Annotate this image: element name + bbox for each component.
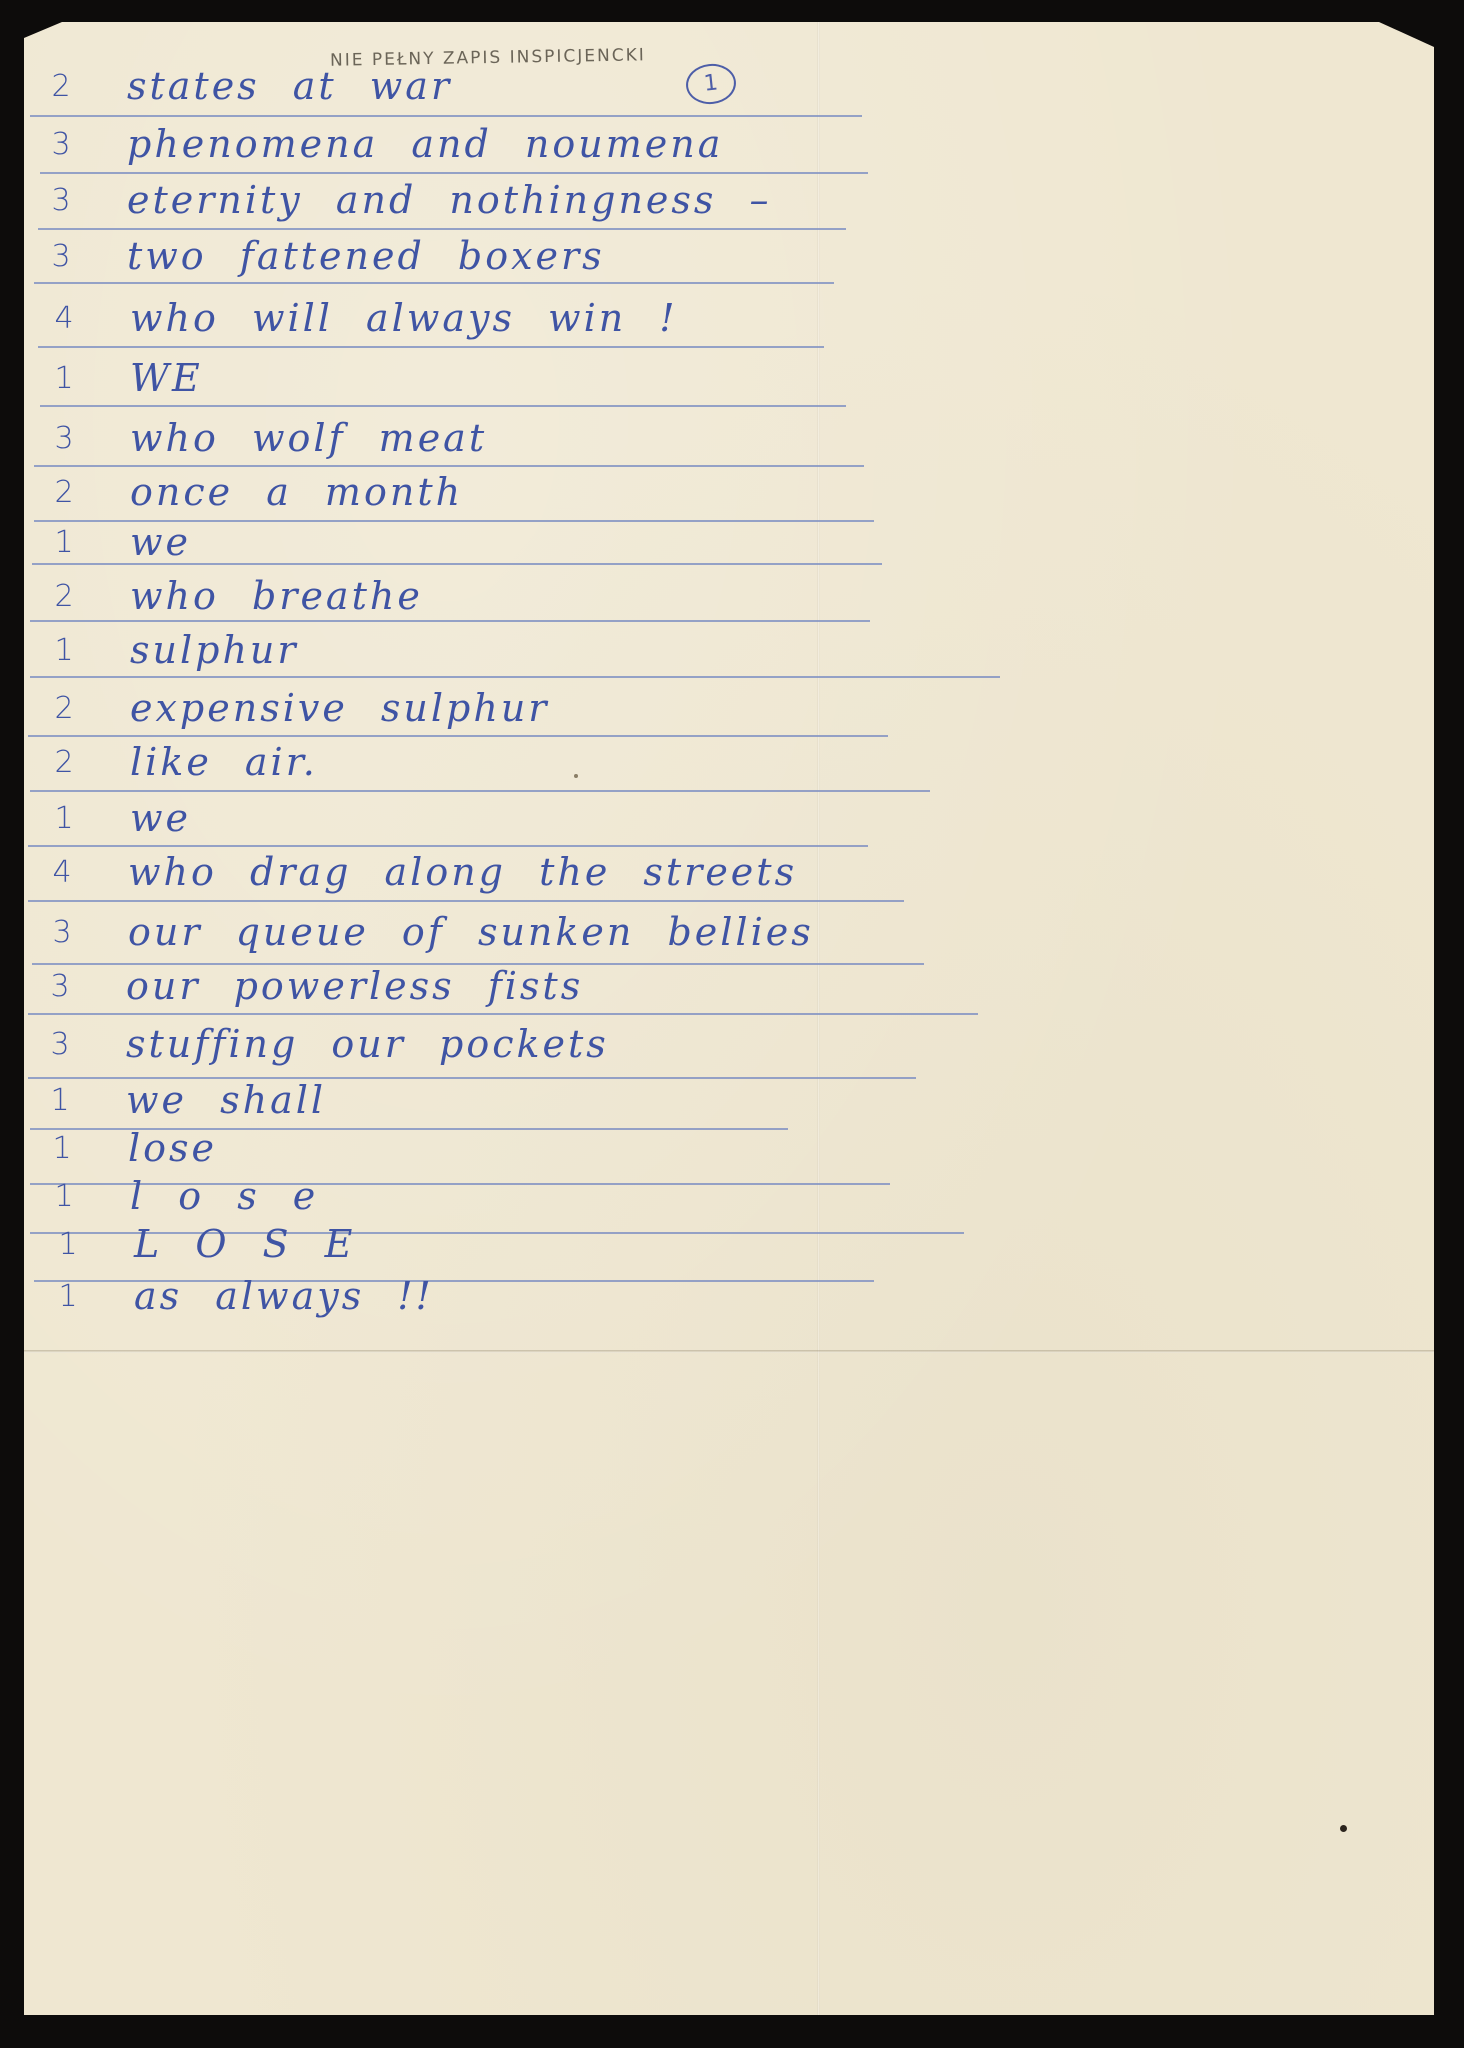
script-line: 3 stuffing our pockets [24, 1020, 609, 1068]
script-line: 1 lose [24, 1124, 217, 1172]
script-line: 1 we [24, 794, 191, 842]
ruled-line [34, 465, 864, 467]
line-text: stuffing our pockets [126, 1022, 609, 1066]
circled-page-number: 1 [684, 61, 738, 106]
line-count: 1 [52, 1279, 84, 1314]
ruled-line [40, 405, 846, 407]
line-count: 3 [45, 127, 77, 162]
line-text: lose [128, 1126, 217, 1170]
line-text: once a month [130, 470, 463, 514]
line-text: eternity and nothingness – [127, 178, 771, 222]
script-line: 1 L O S E [24, 1220, 355, 1268]
ruled-line [30, 790, 930, 792]
ruled-line [30, 620, 870, 622]
line-count: 1 [48, 361, 80, 396]
line-text: our powerless fists [126, 964, 583, 1008]
line-text: L O S E [134, 1222, 355, 1266]
ink-spot [1340, 1825, 1347, 1832]
ruled-line [28, 735, 888, 737]
line-text: our queue of sunken bellies [128, 910, 814, 954]
script-line: 3 our queue of sunken bellies [24, 908, 814, 956]
line-text: as always !! [134, 1274, 434, 1318]
line-text: who will always win ! [130, 296, 678, 340]
ruled-line [30, 676, 1000, 678]
line-text: states at war [127, 64, 452, 108]
line-text: sulphur [130, 628, 299, 672]
ruled-line [38, 228, 846, 230]
line-text: who drag along the streets [128, 850, 797, 894]
script-line: 1 we shall [24, 1076, 326, 1124]
line-text: like air. [130, 740, 318, 784]
line-count: 2 [45, 69, 77, 104]
line-count: 3 [45, 239, 77, 274]
ruled-line [40, 172, 868, 174]
horizontal-fold-crease [24, 1350, 1434, 1353]
line-text: phenomena and noumena [127, 122, 723, 166]
line-text: WE [130, 356, 203, 400]
line-count: 4 [48, 301, 80, 336]
script-line: 3 who wolf meat [24, 414, 487, 462]
script-line: 3 phenomena and noumena [24, 120, 723, 168]
line-count: 4 [46, 855, 78, 890]
line-count: 2 [48, 579, 80, 614]
ruled-line [28, 1013, 978, 1015]
line-count: 3 [46, 915, 78, 950]
paper-sheet: NIE PEŁNY ZAPIS INSPICJENCKI 1 2 states … [24, 22, 1434, 2015]
line-count: 3 [45, 183, 77, 218]
line-count: 3 [44, 1027, 76, 1062]
script-line: 4 who will always win ! [24, 294, 678, 342]
ruled-line [34, 282, 834, 284]
script-line: 2 expensive sulphur [24, 684, 549, 732]
script-line: 1 sulphur [24, 626, 299, 674]
ruled-line [28, 900, 904, 902]
line-text: we [130, 520, 191, 564]
script-line: 2 once a month [24, 468, 463, 516]
script-line: 3 eternity and nothingness – [24, 176, 771, 224]
line-count: 1 [48, 801, 80, 836]
line-text: l o s e [130, 1174, 318, 1218]
script-line: 2 like air. [24, 738, 318, 786]
line-count: 1 [48, 1179, 80, 1214]
line-text: expensive sulphur [130, 686, 549, 730]
line-count: 3 [48, 421, 80, 456]
line-text: we [130, 796, 191, 840]
vertical-fold-crease [817, 22, 820, 2015]
script-line: 1 WE [24, 354, 203, 402]
script-line: 1 as always !! [24, 1272, 434, 1320]
ruled-line [30, 115, 862, 117]
line-count: 3 [44, 969, 76, 1004]
line-count: 1 [52, 1227, 84, 1262]
script-line: 2 states at war [24, 62, 452, 110]
ruled-line [38, 346, 824, 348]
line-text: we shall [126, 1078, 326, 1122]
line-count: 1 [46, 1131, 78, 1166]
line-text: who breathe [130, 574, 423, 618]
line-count: 2 [48, 745, 80, 780]
line-text: two fattened boxers [127, 234, 605, 278]
line-count: 1 [48, 525, 80, 560]
script-line: 1 we [24, 518, 191, 566]
script-line: 1 l o s e [24, 1172, 318, 1220]
line-count: 1 [44, 1083, 76, 1118]
line-count: 2 [48, 691, 80, 726]
line-count: 2 [48, 475, 80, 510]
script-line: 2 who breathe [24, 572, 423, 620]
ruled-line [28, 845, 868, 847]
script-line: 3 our powerless fists [24, 962, 583, 1010]
line-text: who wolf meat [130, 416, 487, 460]
script-line: 4 who drag along the streets [24, 848, 797, 896]
line-count: 1 [48, 633, 80, 668]
script-line: 3 two fattened boxers [24, 232, 605, 280]
ink-spot [574, 774, 578, 778]
